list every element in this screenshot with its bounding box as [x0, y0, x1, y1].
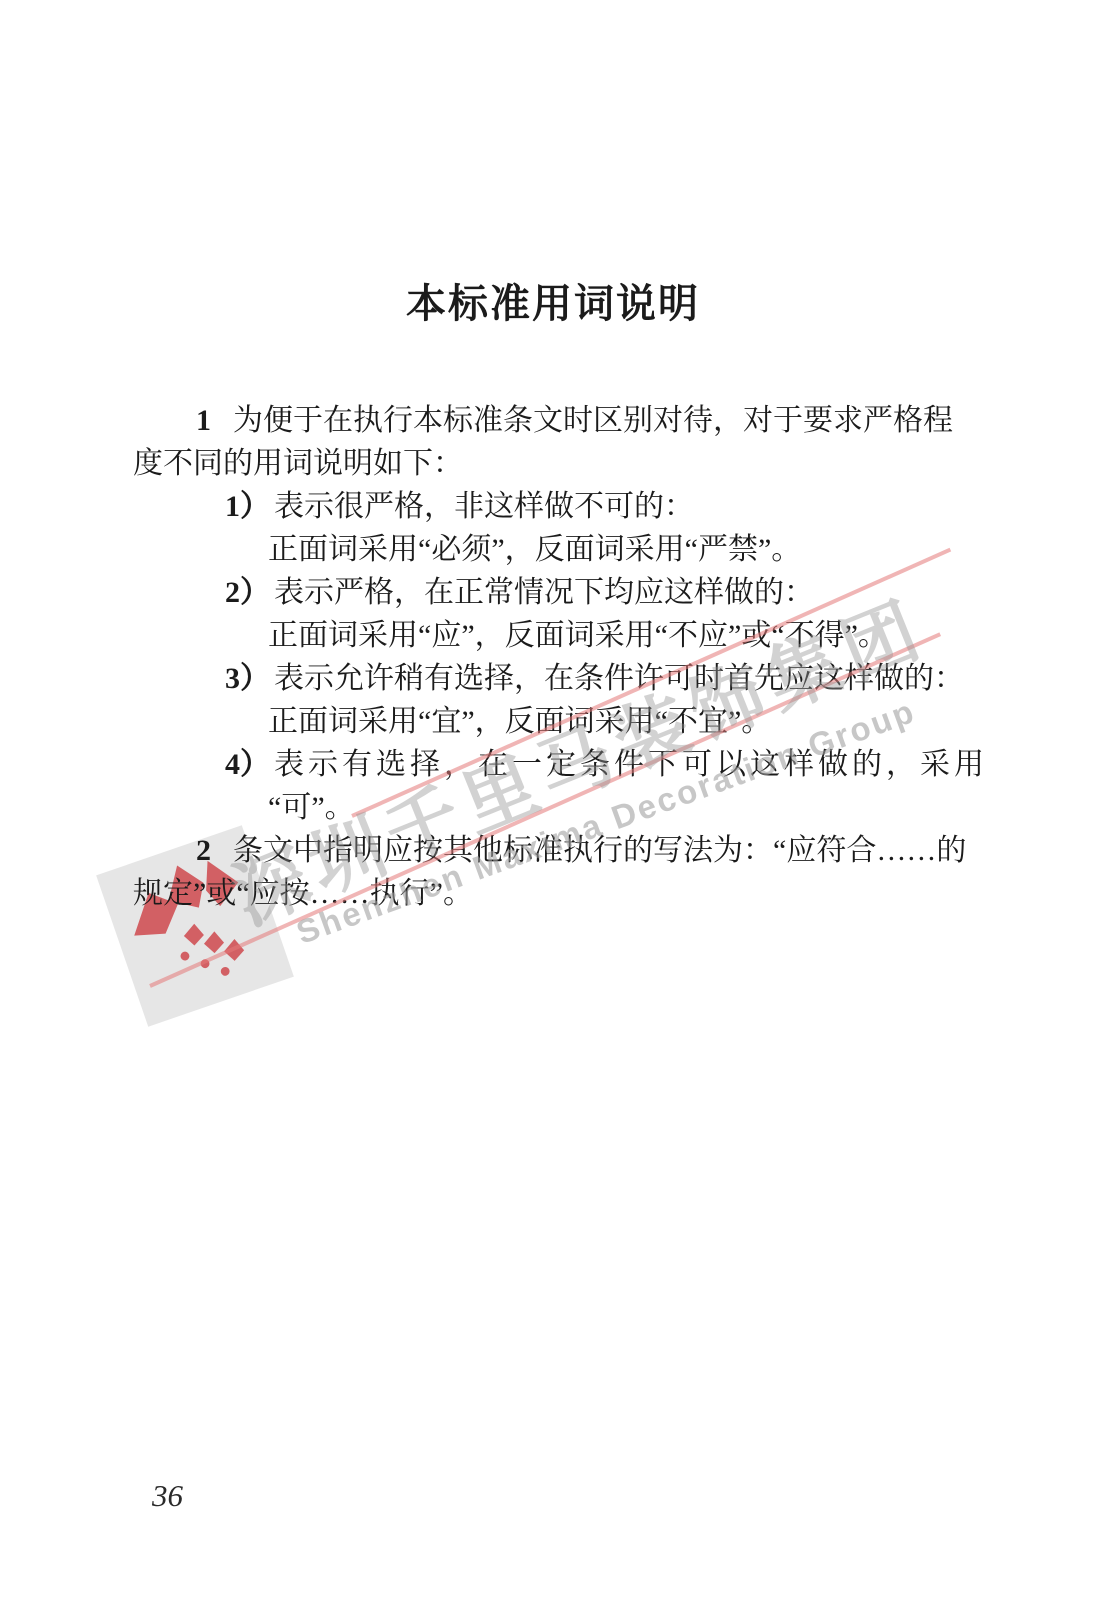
text-line: 规定”或“应按……执行”。	[133, 872, 973, 915]
line-text: 为便于在执行本标准条文时区别对待，对于要求严格程	[233, 404, 953, 437]
text-line: 4）表示有选择，在一定条件下可以这样做的，采用	[133, 743, 973, 786]
text-line: 正面词采用“必须”，反面词采用“严禁”。	[133, 528, 973, 571]
text-line: 3）表示允许稍有选择，在条件许可时首先应这样做的：	[133, 657, 973, 700]
line-text: 表示允许稍有选择，在条件许可时首先应这样做的：	[274, 662, 964, 695]
line-text: 条文中指明应按其他标准执行的写法为：“应符合……的	[233, 834, 966, 867]
text-line: 2）表示严格，在正常情况下均应这样做的：	[133, 571, 973, 614]
clause-number: 2	[196, 834, 211, 867]
text-line: 正面词采用“宜”，反面词采用“不宜”。	[133, 700, 973, 743]
text-line: 1）表示很严格，非这样做不可的：	[133, 485, 973, 528]
text-line: 正面词采用“应”，反面词采用“不应”或“不得”。	[133, 614, 973, 657]
line-text: 度不同的用词说明如下：	[133, 447, 463, 480]
line-text: 表示严格，在正常情况下均应这样做的：	[274, 576, 814, 609]
line-text: “可”。	[268, 791, 355, 824]
document-body: 本标准用词说明 1为便于在执行本标准条文时区别对待，对于要求严格程 度不同的用词…	[133, 272, 973, 915]
text-line: 2条文中指明应按其他标准执行的写法为：“应符合……的	[133, 829, 973, 872]
clause-number: 1	[196, 404, 211, 437]
item-number: 1）	[225, 490, 270, 523]
item-number: 3）	[225, 662, 270, 695]
page-number: 36	[152, 1478, 183, 1514]
text-line: 度不同的用词说明如下：	[133, 442, 973, 485]
line-text: 表示有选择，在一定条件下可以这样做的，采用	[274, 748, 988, 781]
item-number: 4）	[225, 748, 270, 781]
page-title: 本标准用词说明	[133, 272, 973, 329]
line-text: 正面词采用“应”，反面词采用“不应”或“不得”。	[268, 619, 888, 652]
item-number: 2）	[225, 576, 270, 609]
line-text: 正面词采用“宜”，反面词采用“不宜”。	[268, 705, 771, 738]
document-page: 深圳千里马装饰集团 Shenzhen Maxima Decoration Gro…	[0, 0, 1103, 1597]
line-text: 规定”或“应按……执行”。	[133, 877, 473, 910]
text-line: “可”。	[133, 786, 973, 829]
line-text: 表示很严格，非这样做不可的：	[274, 490, 694, 523]
text-line: 1为便于在执行本标准条文时区别对待，对于要求严格程	[133, 399, 973, 442]
line-text: 正面词采用“必须”，反面词采用“严禁”。	[268, 533, 801, 566]
